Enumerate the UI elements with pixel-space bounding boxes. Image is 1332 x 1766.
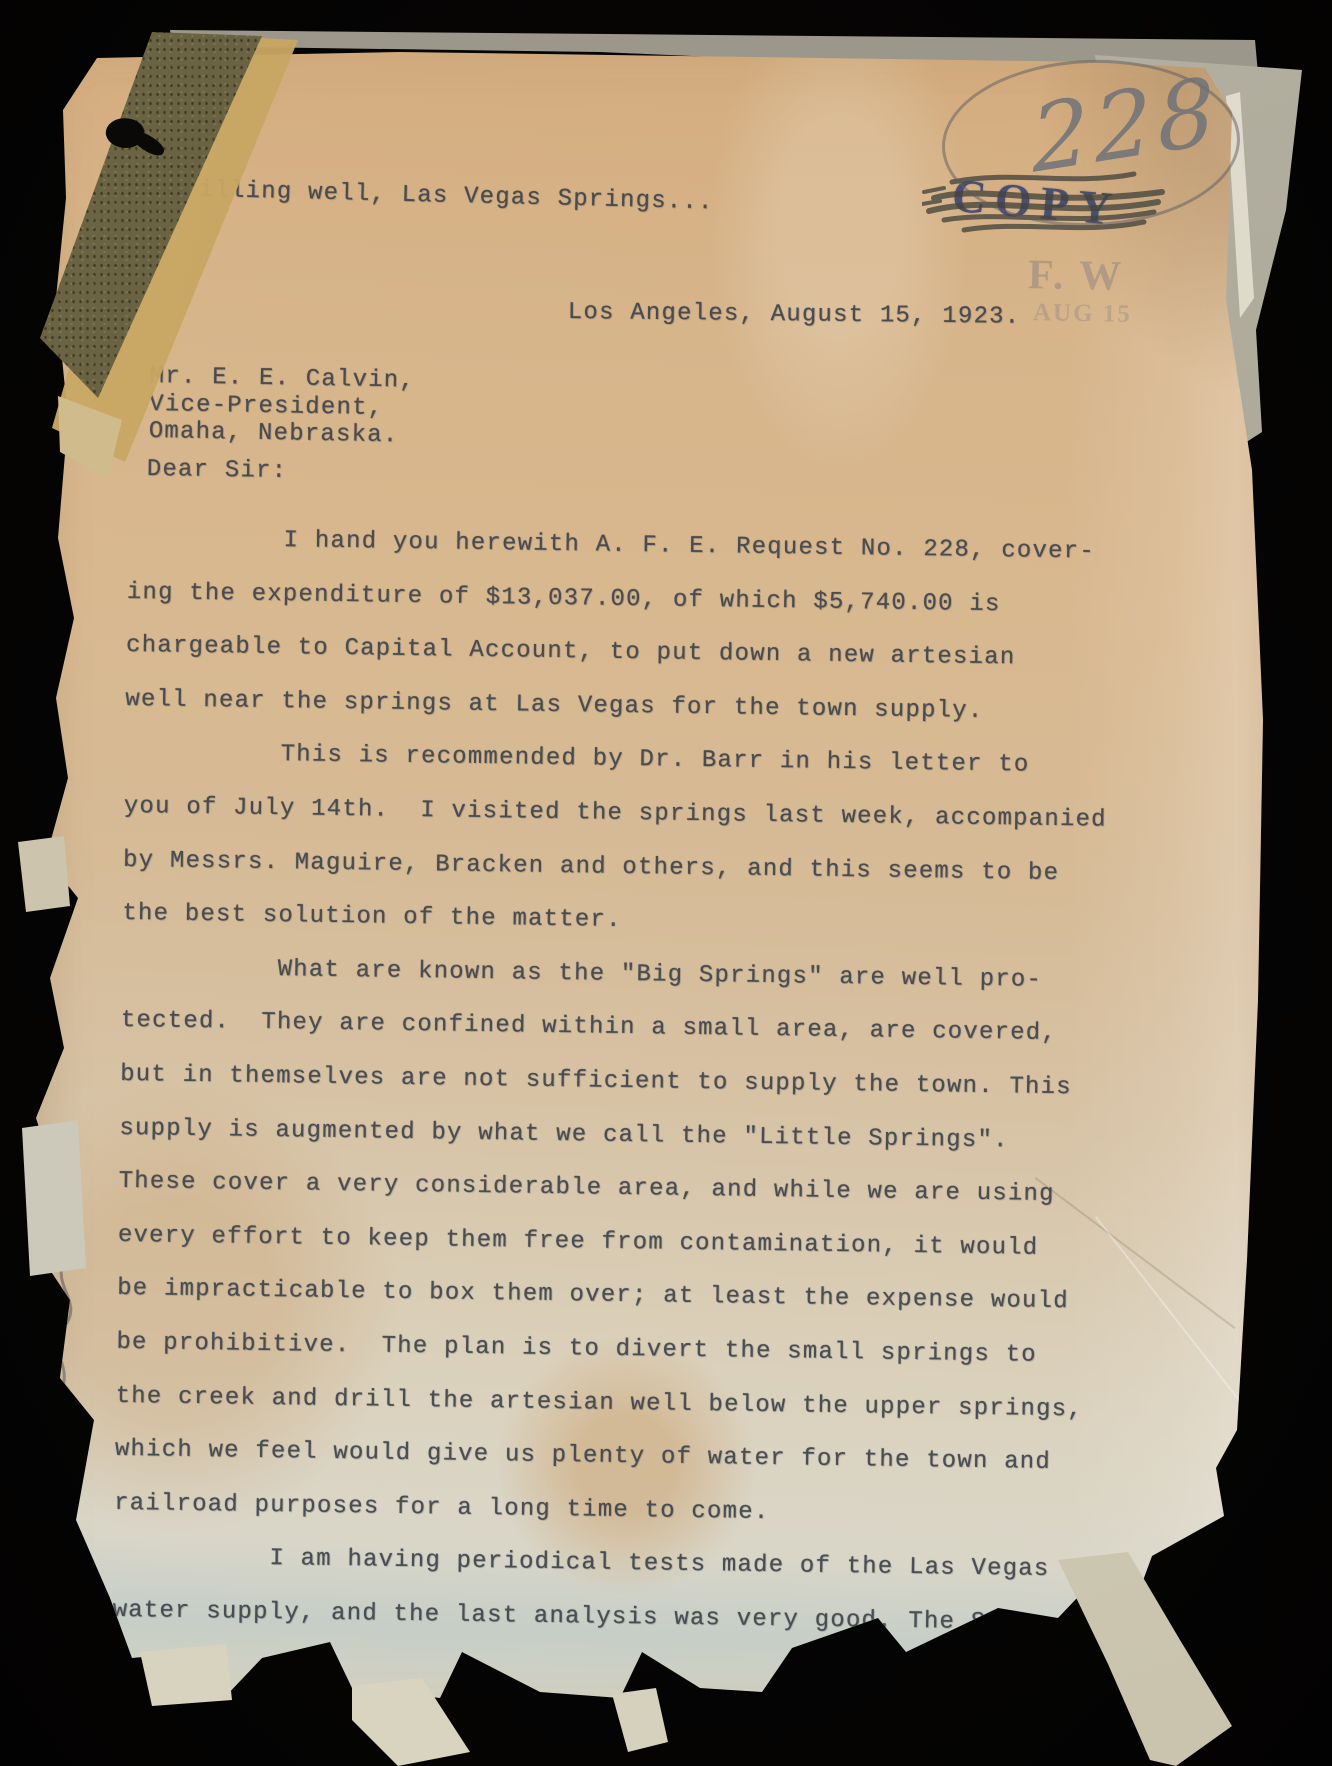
- paper-crease: [1035, 1177, 1236, 1329]
- subject-line: Drilling well, Las Vegas Springs...: [167, 176, 714, 216]
- photo-backdrop: Drilling well, Las Vegas Springs... Los …: [0, 0, 1332, 1766]
- recipient-address: Mr. E. E. Calvin, Vice-President, Omaha,…: [149, 363, 416, 450]
- paper-crease: [1095, 1216, 1275, 1446]
- penciled-number: 228: [1029, 57, 1223, 194]
- faint-received-stamp-date: AUG 15: [1033, 299, 1132, 329]
- dateline: Los Angeles, August 15, 1923.: [568, 299, 1021, 331]
- faint-received-stamp: F. W: [1028, 251, 1125, 301]
- letter-body: I hand you herewith A. F. E. Request No.…: [112, 512, 1111, 1651]
- salutation: Dear Sir:: [147, 456, 288, 485]
